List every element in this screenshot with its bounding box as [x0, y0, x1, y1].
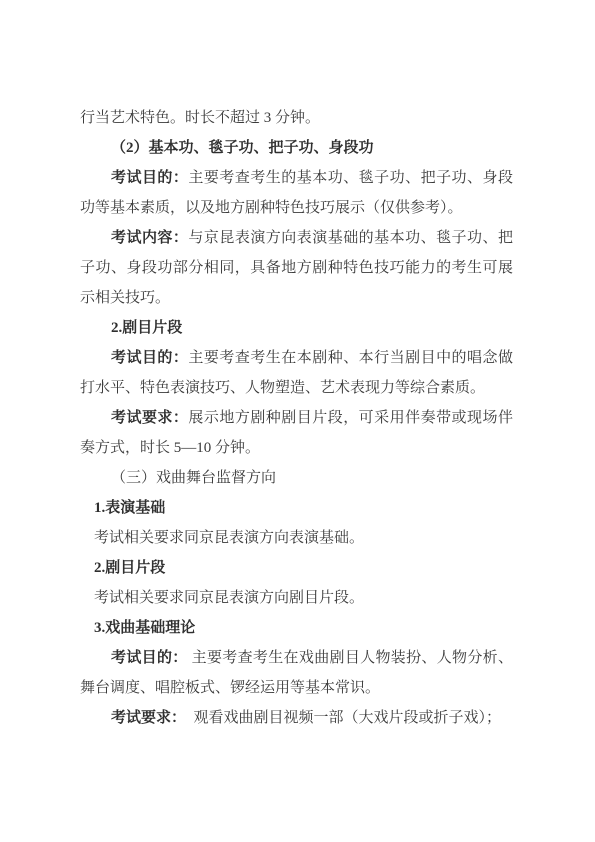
paragraph-text: 观看戏曲剧目视频一部（大戏片段或折子戏）；: [179, 710, 502, 726]
paragraph-exam-purpose-theory: 考试目的： 主要考查考生在戏曲剧目人物装扮、人物分析、舞台调度、唱腔板式、锣经运…: [80, 643, 513, 703]
body-performance-foundation-note: 考试相关要求同京昆表演方向表演基础。: [80, 523, 513, 553]
paragraph-label: 考试目的：: [111, 650, 188, 666]
paragraph-exam-content-basic-skills: 考试内容：与京昆表演方向表演基础的基本功、毯子功、把子功、身段功部分相同，具备地…: [80, 223, 513, 313]
paragraph-exam-purpose-basic-skills: 考试目的：主要考查考生的基本功、毯子功、把子功、身段功等基本素质，以及地方剧种特…: [80, 163, 513, 223]
paragraph-label: 考试要求：: [111, 710, 179, 726]
heading-performance-foundation: 1.表演基础: [80, 493, 513, 523]
body-repertoire-segment-note: 考试相关要求同京昆表演方向剧目片段。: [80, 583, 513, 613]
paragraph-label: 考试目的：: [111, 170, 188, 186]
document-page: 行当艺术特色。时长不超过 3 分钟。 （2）基本功、毯子功、把子功、身段功 考试…: [0, 0, 595, 842]
paragraph-label: 考试要求：: [111, 410, 188, 426]
heading-repertoire-segment-2: 2.剧目片段: [80, 553, 513, 583]
heading-opera-basic-theory: 3.戏曲基础理论: [80, 613, 513, 643]
paragraph-exam-purpose-repertoire: 考试目的：主要考查考生在本剧种、本行当剧目中的唱念做打水平、特色表演技巧、人物塑…: [80, 343, 513, 403]
paragraph-exam-requirement-theory: 考试要求： 观看戏曲剧目视频一部（大戏片段或折子戏）；: [80, 703, 513, 733]
paragraph-label: 考试目的：: [111, 350, 188, 366]
document-content: 行当艺术特色。时长不超过 3 分钟。 （2）基本功、毯子功、把子功、身段功 考试…: [80, 103, 513, 733]
body-continuation-line: 行当艺术特色。时长不超过 3 分钟。: [80, 103, 513, 133]
paragraph-exam-requirement-repertoire: 考试要求：展示地方剧种剧目片段，可采用伴奏带或现场伴奏方式，时长 5—10 分钟…: [80, 403, 513, 463]
subheading-stage-supervision-direction: （三）戏曲舞台监督方向: [80, 463, 513, 493]
paragraph-label: 考试内容：: [111, 230, 188, 246]
heading-basic-skills: （2）基本功、毯子功、把子功、身段功: [80, 133, 513, 163]
heading-repertoire-segment-1: 2.剧目片段: [80, 313, 513, 343]
